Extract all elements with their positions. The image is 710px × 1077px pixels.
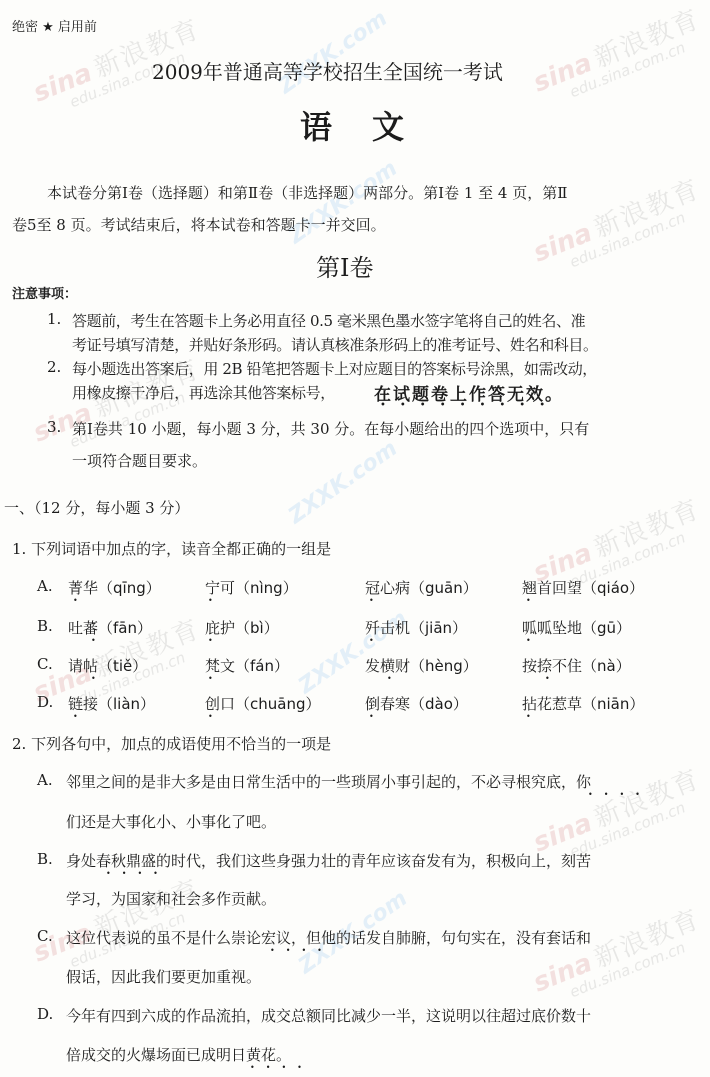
q1-item: 呱呱坠地（gū） [522,617,631,638]
subject-title: 语文 [300,102,444,148]
q2-line-1: 这位代表说的虽不是什么崇论宏议，但他的话发自肺腑，句句实在，没有套话和 [66,927,591,948]
q1-item: 按捺不住（nà） [522,655,631,676]
emphasis-dots: ••••••••• [380,400,559,411]
q1-item: 梵文（fán） [205,655,289,676]
q1-item: 吐蕃（fān） [68,617,152,638]
sina-watermark: sina 新浪教育edu.sina.com.cn [527,0,710,112]
q1-item: 歼击机（jiān） [365,617,467,638]
note-1-line-2: 考证号填写清楚，并贴好条形码。请认真核准条形码上的准考证号、姓名和科目。 [72,334,598,355]
notes-heading: 注意事项： [12,283,77,302]
q2-line-2: 假话，因此我们要更加重视。 [66,966,261,987]
q2-label: B. [37,850,53,868]
q2-line-1: 邻里之间的是非大多是由日常生活中的一些琐屑小事引起的，不必寻根究底，你 [66,771,591,792]
secrecy-label: 绝密 ★ 启用前 [12,16,97,35]
q1-label: C. [37,655,53,673]
q2-stem: 2. 下列各句中，加点的成语使用不恰当的一项是 [12,733,331,754]
intro-line-1: 本试卷分第Ⅰ卷（选择题）和第Ⅱ卷（非选择题）两部分。第Ⅰ卷 1 至 4 页，第Ⅱ [47,182,567,203]
q1-label: B. [37,617,53,635]
note-3-num: 3. [47,418,61,436]
note-3-line-2: 一项符合题目要求。 [72,450,207,471]
q1-label: A. [37,577,53,595]
intro-line-2: 卷5至 8 页。考试结束后，将本试卷和答题卡一并交回。 [12,214,386,235]
q1-item: 链接（liàn） [68,693,155,714]
q2-label: D. [37,1005,53,1023]
q1-item: 拈花惹草（niān） [522,693,644,714]
note-2-line-1: 每小题选出答案后，用 2B 铅笔把答题卡上对应题目的答案标号涂黑，如需改动， [72,358,597,379]
note-2-num: 2. [47,358,61,376]
q2-line-2: 学习，为国家和社会多作贡献。 [66,888,276,909]
q1-item: 发横财（hèng） [365,655,478,676]
q2-line-2: 们还是大事化小、小事化了吧。 [66,811,276,832]
zxxk-watermark: ZXXK.com [284,436,402,529]
note-3-line-1: 第Ⅰ卷共 10 小题，每小题 3 分，共 30 分。在每小题给出的四个选项中，只… [72,418,589,439]
q2-label: A. [37,771,53,789]
q2-line-1: 今年有四到六成的作品流拍，成交总额同比减少一半，这说明以往超过底价数十 [66,1005,591,1026]
q1-item: 菁华（qīng） [68,577,161,598]
exam-title: 2009年普通高等学校招生全国统一考试 [152,56,503,85]
volume-title: 第Ⅰ卷 [316,248,373,283]
q1-stem: 1. 下列词语中加点的字，读音全都正确的一组是 [12,538,331,559]
note-1-line-1: 答题前，考生在答题卡上务必用直径 0.5 毫米黑色墨水签字笔将自己的姓名、准 [72,310,585,331]
q1-item: 冠心病（guān） [365,577,478,598]
q1-item: 创口（chuāng） [205,693,320,714]
q2-line-2: 倍成交的火爆场面已成明日黄花。 [66,1044,291,1065]
note-1-num: 1. [47,310,61,328]
q2-line-1: 身处春秋鼎盛的时代，我们这些身强力壮的青年应该奋发有为，积极向上，刻苦 [66,850,591,871]
q1-item: 请帖（tiě） [68,655,147,676]
q2-label: C. [37,927,53,945]
zxxk-watermark: ZXXK.com [274,6,392,99]
q1-item: 宁可（nìng） [205,577,298,598]
section-1-heading: 一、（12 分，每小题 3 分） [4,497,189,518]
note-2-line-2: 用橡皮擦干净后，再选涂其他答案标号， [72,382,335,403]
q1-item: 庇护（bì） [205,617,279,638]
q1-item: 翘首回望（qiáo） [522,577,644,598]
q1-label: D. [37,693,53,711]
q1-item: 倒春寒（dào） [365,693,468,714]
sina-watermark: sina 新浪教育edu.sina.com.cn [527,899,710,1013]
